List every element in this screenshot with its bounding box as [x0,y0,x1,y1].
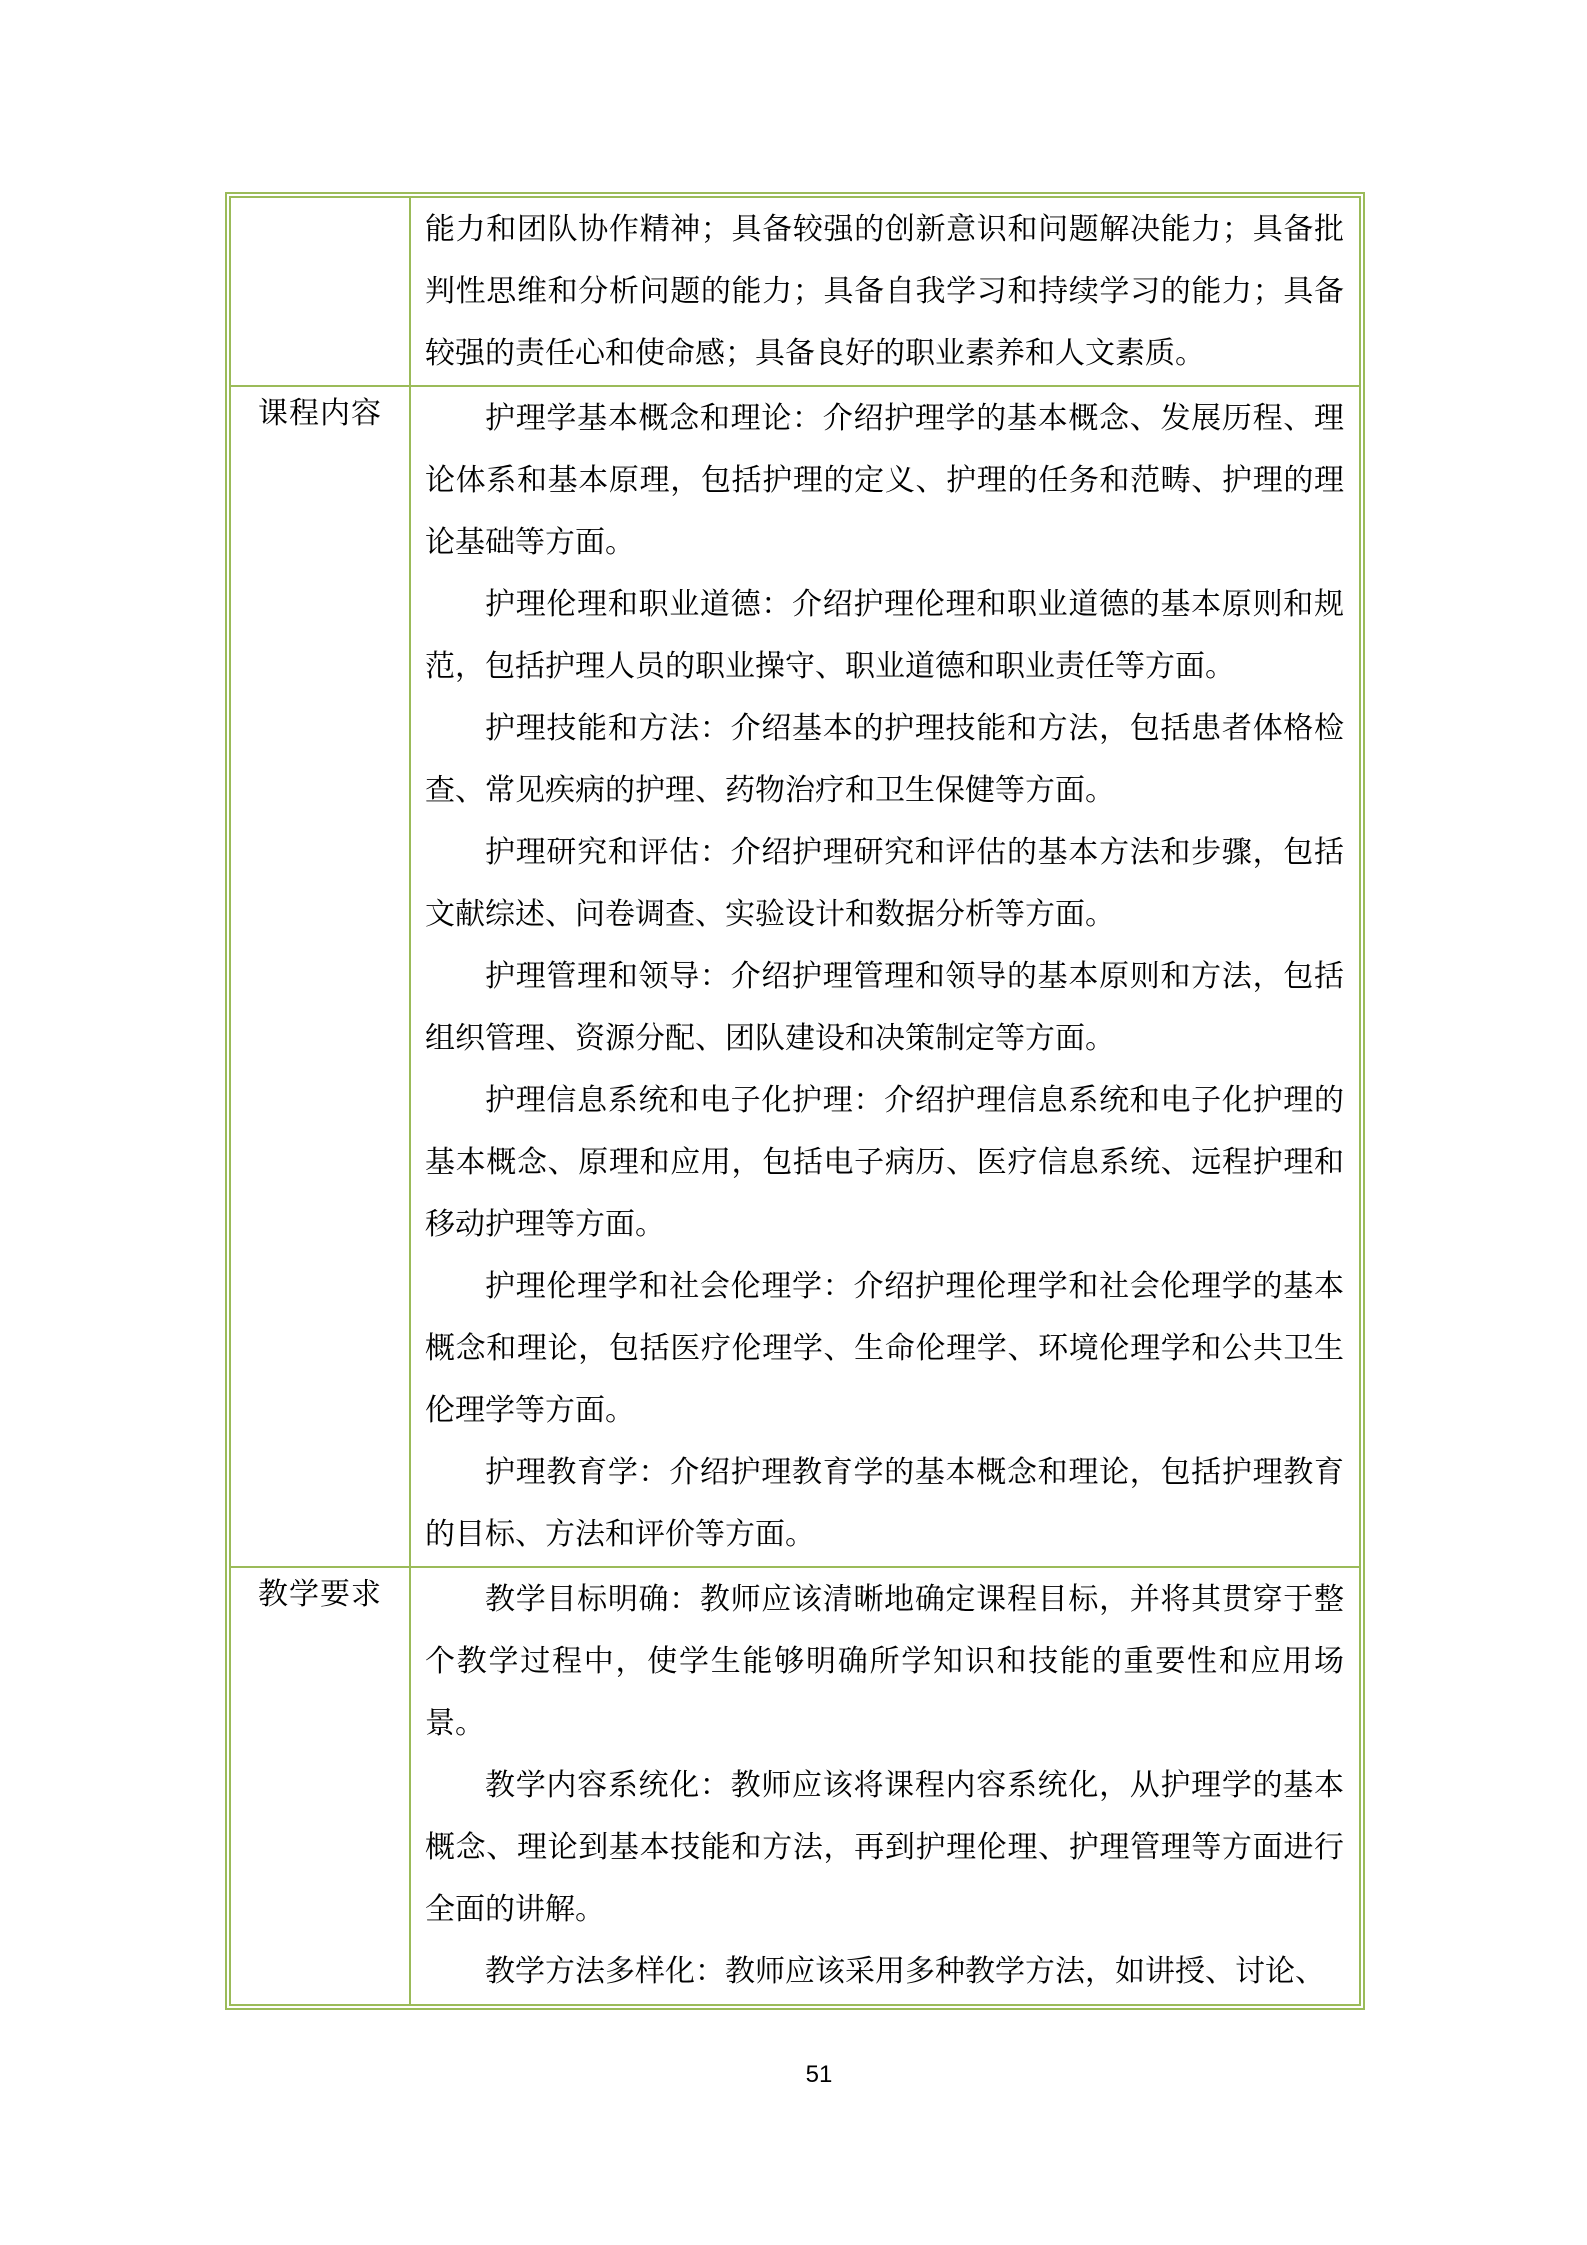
row-label-cell: 课程内容 [231,386,410,1567]
row-label: 教学要求 [258,1578,382,1611]
paragraph: 护理技能和方法：介绍基本的护理技能和方法，包括患者体格检查、常见疾病的护理、药物… [425,698,1344,822]
paragraph: 教学方法多样化：教师应该采用多种教学方法，如讲授、讨论、 [425,1941,1344,2003]
paragraph: 护理管理和领导：介绍护理管理和领导的基本原则和方法，包括组织管理、资源分配、团队… [425,946,1344,1070]
page-number: 51 [806,2060,833,2090]
paragraph: 护理伦理学和社会伦理学：介绍护理伦理学和社会伦理学的基本概念和理论，包括医疗伦理… [425,1256,1344,1442]
row-content-cell: 护理学基本概念和理论：介绍护理学的基本概念、发展历程、理论体系和基本原理，包括护… [410,386,1359,1567]
document-page: 能力和团队协作精神；具备较强的创新意识和问题解决能力；具备批判性思维和分析问题的… [0,0,1587,2245]
course-description-table: 能力和团队协作精神；具备较强的创新意识和问题解决能力；具备批判性思维和分析问题的… [225,192,1365,2010]
table-grid: 能力和团队协作精神；具备较强的创新意识和问题解决能力；具备批判性思维和分析问题的… [231,198,1359,2004]
paragraph: 护理教育学：介绍护理教育学的基本概念和理论，包括护理教育的目标、方法和评价等方面… [425,1442,1344,1566]
paragraph: 护理研究和评估：介绍护理研究和评估的基本方法和步骤，包括文献综述、问卷调查、实验… [425,822,1344,946]
paragraph: 护理伦理和职业道德：介绍护理伦理和职业道德的基本原则和规范，包括护理人员的职业操… [425,574,1344,698]
paragraph: 教学内容系统化：教师应该将课程内容系统化，从护理学的基本概念、理论到基本技能和方… [425,1755,1344,1941]
row-content-cell: 教学目标明确：教师应该清晰地确定课程目标，并将其贯穿于整个教学过程中，使学生能够… [410,1567,1359,2004]
row-label-cell [231,198,410,386]
row-label-cell: 教学要求 [231,1567,410,2004]
paragraph: 教学目标明确：教师应该清晰地确定课程目标，并将其贯穿于整个教学过程中，使学生能够… [425,1569,1344,1755]
table-row-continuation: 能力和团队协作精神；具备较强的创新意识和问题解决能力；具备批判性思维和分析问题的… [231,198,1359,386]
row-label: 课程内容 [258,397,382,430]
paragraph: 护理学基本概念和理论：介绍护理学的基本概念、发展历程、理论体系和基本原理，包括护… [425,388,1344,574]
row-content-cell: 能力和团队协作精神；具备较强的创新意识和问题解决能力；具备批判性思维和分析问题的… [410,198,1359,386]
table-row-teaching-requirements: 教学要求 教学目标明确：教师应该清晰地确定课程目标，并将其贯穿于整个教学过程中，… [231,1567,1359,2004]
paragraph: 能力和团队协作精神；具备较强的创新意识和问题解决能力；具备批判性思维和分析问题的… [425,199,1344,385]
table-row-course-content: 课程内容 护理学基本概念和理论：介绍护理学的基本概念、发展历程、理论体系和基本原… [231,386,1359,1567]
paragraph: 护理信息系统和电子化护理：介绍护理信息系统和电子化护理的基本概念、原理和应用，包… [425,1070,1344,1256]
